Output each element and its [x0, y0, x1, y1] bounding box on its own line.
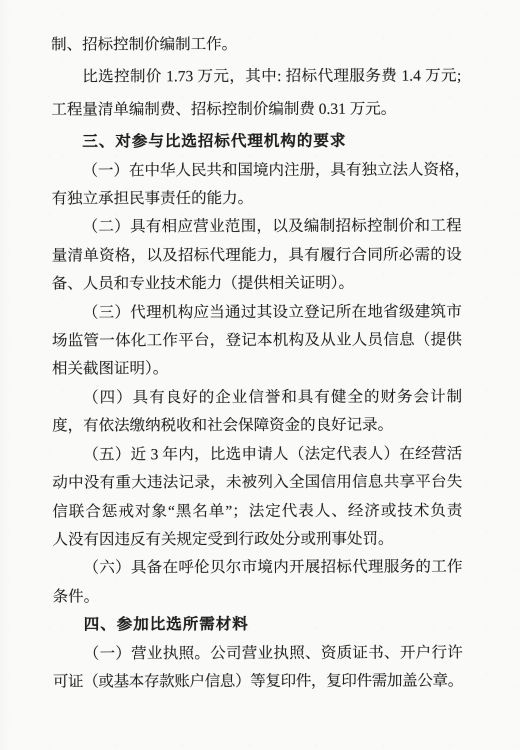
doc-line: （五）近 3 年内，比选申请人（法定代表人）在经营活	[52, 440, 462, 469]
section-heading-3: 三、对参与比选招标代理机构的要求	[51, 128, 461, 157]
doc-line: （一）在中华人民共和国境内注册，具有独立法人资格，	[51, 156, 461, 185]
doc-line: 备、人员和专业技术能力（提供相关证明）。	[52, 270, 462, 299]
doc-line: 场监管一体化工作平台，登记本机构及从业人员信息（提供	[52, 327, 462, 356]
doc-line: 比选控制价 1.73 万元，其中: 招标代理服务费 1.4 万元;	[51, 63, 461, 92]
scanned-page: 制、招标控制价编制工作。 比选控制价 1.73 万元，其中: 招标代理服务费 1…	[0, 0, 520, 750]
doc-line: （六）具备在呼伦贝尔市境内开展招标代理服务的工作	[52, 554, 462, 583]
doc-line: 工程量清单编制费、招标控制价编制费 0.31 万元。	[51, 95, 461, 124]
doc-line: 度，有依法缴纳税收和社会保障资金的良好记录。	[52, 412, 462, 441]
doc-line: （三）代理机构应当通过其设立登记所在地省级建筑市	[52, 298, 462, 327]
doc-line: 可证（或基本存款账户信息）等复印件，复印件需加盖公章。	[53, 667, 463, 696]
doc-line: 制、招标控制价编制工作。	[51, 30, 461, 59]
doc-line: 动中没有重大违法记录，未被列入全国信用信息共享平台失	[52, 469, 462, 498]
doc-line: 有独立承担民事责任的能力。	[52, 184, 462, 213]
doc-line: 条件。	[53, 582, 463, 611]
doc-line: 相关截图证明）。	[52, 355, 462, 384]
doc-line: （四）具有良好的企业信誉和具有健全的财务会计制	[52, 383, 462, 412]
doc-line: 人没有因违反有关规定受到行政处分或刑事处罚。	[52, 525, 462, 554]
doc-line: （一）营业执照。公司营业执照、资质证书、开户行许	[53, 639, 463, 668]
section-heading-4: 四、参加比选所需材料	[53, 611, 463, 640]
doc-line: （二）具有相应营业范围，以及编制招标控制价和工程	[52, 213, 462, 242]
document-text-block: 制、招标控制价编制工作。 比选控制价 1.73 万元，其中: 招标代理服务费 1…	[51, 30, 463, 696]
doc-line: 量清单资格，以及招标代理能力，具有履行合同所必需的设	[52, 241, 462, 270]
doc-line: 信联合惩戒对象“黑名单”；法定代表人、经济或技术负责	[52, 497, 462, 526]
